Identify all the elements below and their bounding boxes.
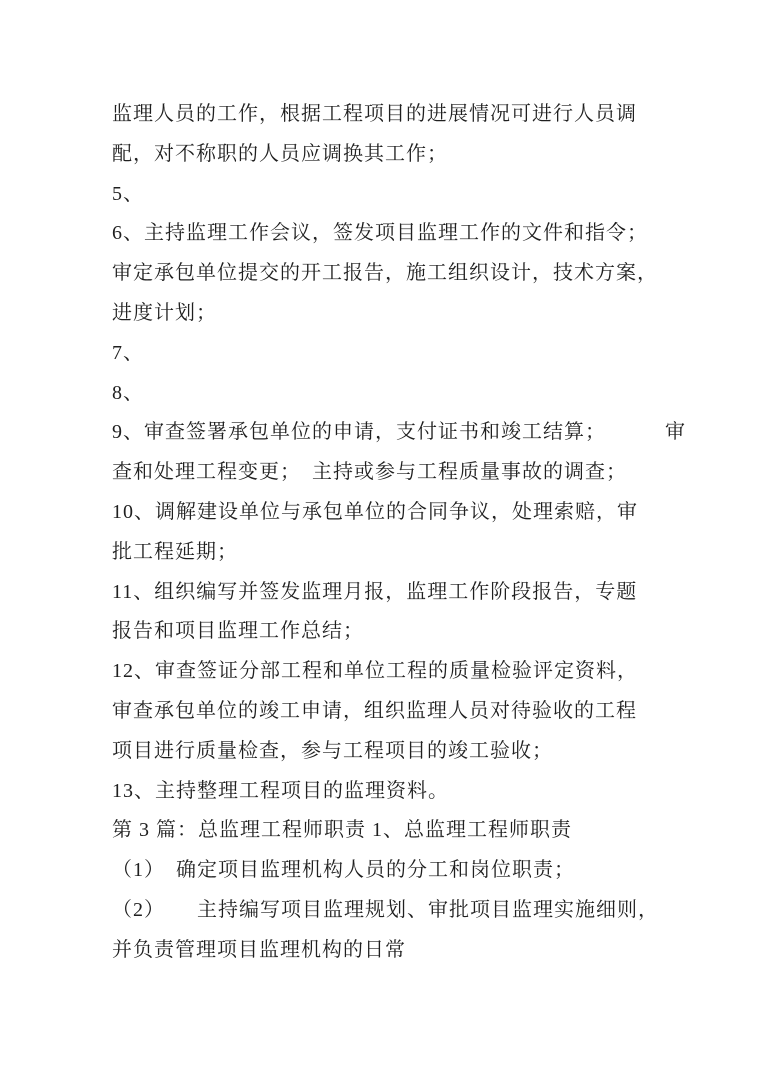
- text-line: 10、调解建设单位与承包单位的合同争议，处理索赔，审: [112, 493, 733, 533]
- text-line: （1） 确定项目监理机构人员的分工和岗位职责；: [112, 851, 733, 891]
- text-line: 9、审查签署承包单位的申请，支付证书和竣工结算； 审: [112, 413, 733, 453]
- text-line: 6、主持监理工作会议，签发项目监理工作的文件和指令；: [112, 214, 733, 254]
- text-line: 进度计划；: [112, 294, 733, 334]
- text-line: 监理人员的工作，根据工程项目的进展情况可进行人员调: [112, 95, 733, 135]
- text-line: 13、主持整理工程项目的监理资料。: [112, 772, 733, 812]
- text-line: 查和处理工程变更； 主持或参与工程质量事故的调查；: [112, 453, 733, 493]
- text-line: （2） 主持编写项目监理规划、审批项目监理实施细则，: [112, 891, 733, 931]
- text-line: 7、: [112, 334, 733, 374]
- text-line: 11、组织编写并签发监理月报，监理工作阶段报告，专题: [112, 573, 733, 613]
- text-line: 报告和项目监理工作总结；: [112, 612, 733, 652]
- text-line: 配，对不称职的人员应调换其工作；: [112, 135, 733, 175]
- text-line: 审查承包单位的竣工申请，组织监理人员对待验收的工程: [112, 692, 733, 732]
- text-line: 12、审查签证分部工程和单位工程的质量检验评定资料，: [112, 652, 733, 692]
- text-line: 第 3 篇：总监理工程师职责 1、总监理工程师职责: [112, 811, 733, 851]
- text-line: 8、: [112, 374, 733, 414]
- document-viewport: { "page": { "background": "#ffffff", "te…: [0, 0, 763, 1080]
- text-line: 审定承包单位提交的开工报告，施工组织设计，技术方案，: [112, 254, 733, 294]
- document-text-block: 监理人员的工作，根据工程项目的进展情况可进行人员调 配，对不称职的人员应调换其工…: [112, 95, 733, 971]
- text-line: 批工程延期；: [112, 533, 733, 573]
- text-line: 5、: [112, 175, 733, 215]
- text-line: 并负责管理项目监理机构的日常: [112, 931, 733, 971]
- text-line: 项目进行质量检查，参与工程项目的竣工验收；: [112, 732, 733, 772]
- document-page: 监理人员的工作，根据工程项目的进展情况可进行人员调 配，对不称职的人员应调换其工…: [0, 0, 763, 1080]
